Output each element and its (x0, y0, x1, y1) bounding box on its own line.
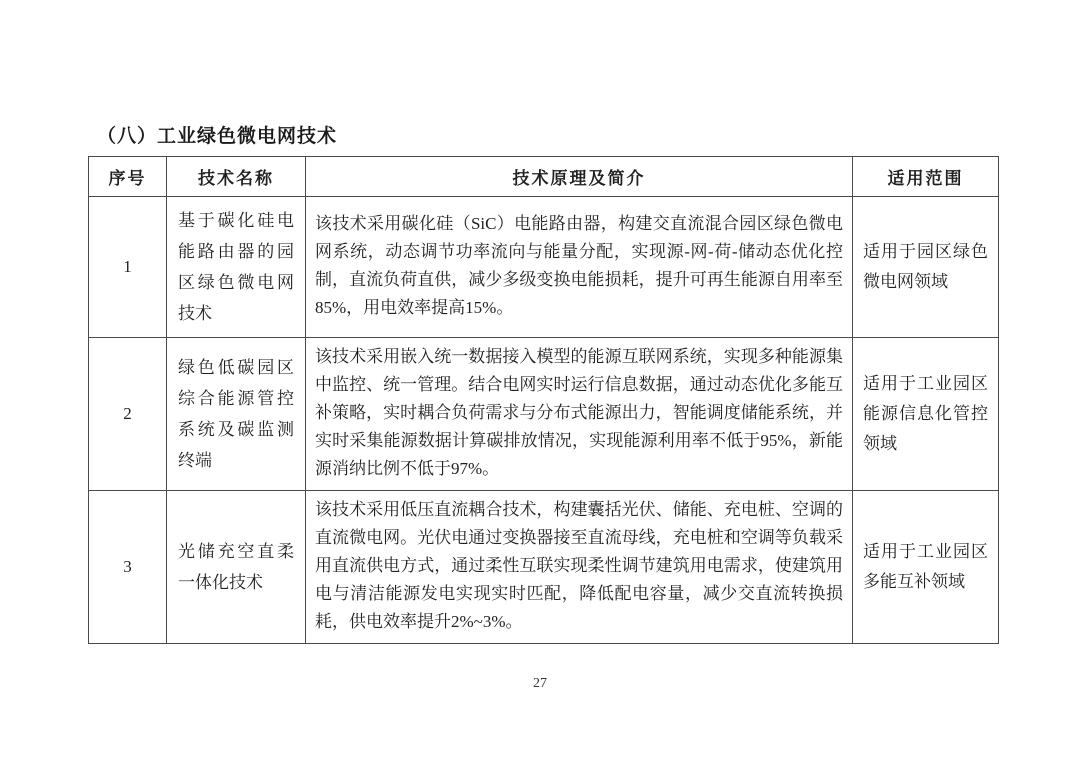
table-header-row: 序号 技术名称 技术原理及简介 适用范围 (89, 157, 999, 197)
row-serial-number: 1 (89, 197, 167, 338)
table-row: 2 绿色低碳园区综合能源管控系统及碳监测终端 该技术采用嵌入统一数据接入模型的能… (89, 338, 999, 491)
document-page: （八）工业绿色微电网技术 序号 技术名称 技术原理及简介 适用范围 1 基于碳化… (0, 0, 1080, 764)
section-title: （八）工业绿色微电网技术 (97, 121, 337, 148)
header-technology-name: 技术名称 (167, 157, 306, 197)
row-technology-name: 基于碳化硅电能路由器的园区绿色微电网技术 (167, 197, 306, 338)
header-principle-intro: 技术原理及简介 (306, 157, 853, 197)
row-serial-number: 3 (89, 491, 167, 644)
row-applicable-scope: 适用于园区绿色微电网领域 (853, 197, 999, 338)
row-applicable-scope: 适用于工业园区能源信息化管控领域 (853, 338, 999, 491)
row-serial-number: 2 (89, 338, 167, 491)
row-principle-intro: 该技术采用低压直流耦合技术，构建囊括光伏、储能、充电桩、空调的直流微电网。光伏电… (306, 491, 853, 644)
row-principle-intro: 该技术采用嵌入统一数据接入模型的能源互联网系统，实现多种能源集中监控、统一管理。… (306, 338, 853, 491)
header-serial-number: 序号 (89, 157, 167, 197)
header-applicable-scope: 适用范围 (853, 157, 999, 197)
row-technology-name: 绿色低碳园区综合能源管控系统及碳监测终端 (167, 338, 306, 491)
page-number: 27 (0, 676, 1080, 692)
row-technology-name: 光储充空直柔一体化技术 (167, 491, 306, 644)
table-row: 1 基于碳化硅电能路由器的园区绿色微电网技术 该技术采用碳化硅（SiC）电能路由… (89, 197, 999, 338)
technology-table: 序号 技术名称 技术原理及简介 适用范围 1 基于碳化硅电能路由器的园区绿色微电… (88, 156, 999, 644)
table-row: 3 光储充空直柔一体化技术 该技术采用低压直流耦合技术，构建囊括光伏、储能、充电… (89, 491, 999, 644)
row-principle-intro: 该技术采用碳化硅（SiC）电能路由器，构建交直流混合园区绿色微电网系统，动态调节… (306, 197, 853, 338)
row-applicable-scope: 适用于工业园区多能互补领域 (853, 491, 999, 644)
